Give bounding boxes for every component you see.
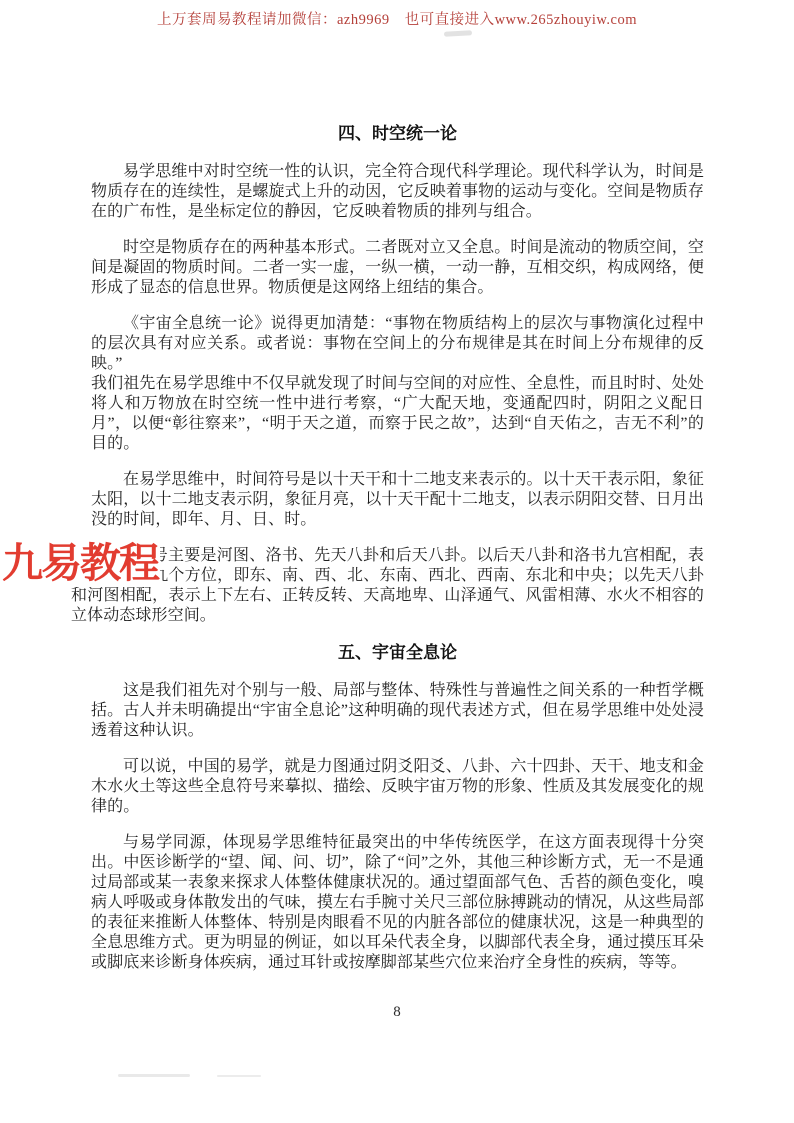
paragraph: 我们祖先在易学思维中不仅早就发现了时间与空间的对应性、全息性，而且时时、处处将人… <box>91 374 704 454</box>
page-number: 8 <box>0 1004 794 1021</box>
scanned-book-page: 上万套周易教程请加微信：azh9969 也可直接进入www.265zhouyiw… <box>0 0 794 1123</box>
paragraph: 可以说，中国的易学，就是力图通过阴爻阳爻、八卦、六十四卦、天干、地支和金木水火土… <box>91 757 704 817</box>
scan-artifact-top <box>444 30 472 36</box>
scan-artifact-bottom-left-2 <box>217 1075 261 1077</box>
promo-header-text: 上万套周易教程请加微信：azh9969 也可直接进入www.265zhouyiw… <box>0 8 794 29</box>
paragraph: 《宇宙全息统一论》说得更加清楚：“事物在物质结构上的层次与事物演化过程中的层次具… <box>91 314 704 374</box>
paragraph: 与易学同源，体现易学思维特征最突出的中华传统医学，在这方面表现得十分突出。中医诊… <box>91 833 704 973</box>
paragraph: 易学思维中对时空统一性的认识，完全符合现代科学理论。现代科学认为，时间是物质存在… <box>91 162 704 222</box>
jiuyi-jiaocheng-watermark: 九易教程 <box>2 541 160 587</box>
scan-artifact-bottom-left <box>118 1074 190 1077</box>
paragraph: 这是我们祖先对个别与一般、局部与整体、特殊性与普遍性之间关系的一种哲学概括。古人… <box>91 681 704 741</box>
page-body: 四、时空统一论 易学思维中对时空统一性的认识，完全符合现代科学理论。现代科学认为… <box>91 123 704 989</box>
paragraph: 在易学思维中，时间符号是以十天干和十二地支来表示的。以十天干表示阳，象征太阳，以… <box>91 470 704 530</box>
section-title-5: 五、宇宙全息论 <box>91 642 704 664</box>
section-title-4: 四、时空统一论 <box>91 123 704 145</box>
paragraph-watermarked: 空间符号主要是河图、洛书、先天八卦和后天八卦。以后天八卦和洛书九宫相配，表示地面… <box>71 546 704 626</box>
paragraph: 时空是物质存在的两种基本形式。二者既对立又全息。时间是流动的物质空间，空间是凝固… <box>91 238 704 298</box>
